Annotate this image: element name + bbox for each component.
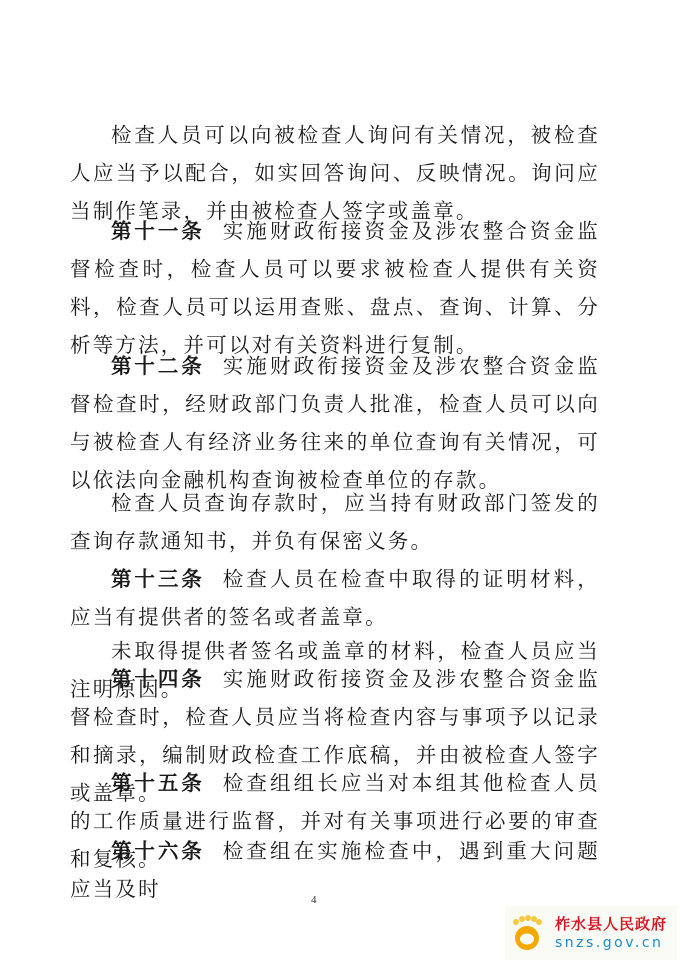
article-number: 第十一条 [111,219,205,243]
article-16: 第十六条检查组在实施检查中，遇到重大问题应当及时 [70,832,600,908]
article-number: 第十五条 [111,771,205,795]
site-name: 柞水县人民政府 [555,914,667,934]
paragraph-deposit-query: 检查人员查询存款时，应当持有财政部门签发的查询存款通知书，并负有保密义务。 [70,484,600,560]
site-url: snzs.gov.cn [555,934,667,952]
sun-logo-icon [507,913,547,953]
article-number: 第十四条 [111,667,205,691]
paragraph-text: 检查人员可以向被检查人询问有关情况，被检查人应当予以配合，如实回答询问、反映情况… [70,123,600,223]
paragraph-text: 检查人员查询存款时，应当持有财政部门签发的查询存款通知书，并负有保密义务。 [70,491,600,553]
article-12: 第十二条实施财政衔接资金及涉农整合资金监督检查时，经财政部门负责人批准，检查人员… [70,347,600,499]
article-number: 第十二条 [111,354,205,378]
article-number: 第十六条 [111,839,205,863]
document-page: 检查人员可以向被检查人询问有关情况，被检查人应当予以配合，如实回答询问、反映情况… [0,0,680,962]
site-watermark: 柞水县人民政府 snzs.gov.cn [505,906,677,960]
article-11: 第十一条实施财政衔接资金及涉农整合资金监督检查时，检查人员可以要求被检查人提供有… [70,212,600,364]
page-number: 4 [311,894,317,906]
article-number: 第十三条 [111,567,205,591]
article-13: 第十三条检查人员在检查中取得的证明材料，应当有提供者的签名或者盖章。 [70,560,600,636]
